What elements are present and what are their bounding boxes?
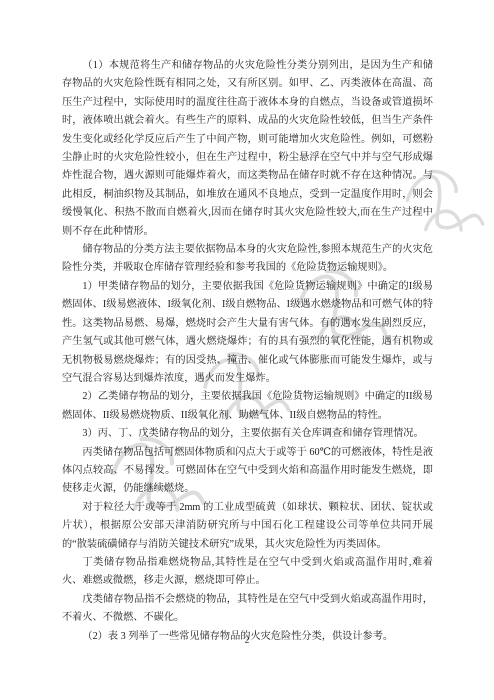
paragraph: 戊类储存物品指不会燃烧的物品，其特性是在空气中受到火焰或高温作用时，不着火、不微…	[62, 591, 433, 628]
document-body: （1）本规范将生产和储存物品的火灾危险性分类分别列出，是因为生产和储存物品的火灾…	[62, 57, 433, 646]
paragraph: 3）丙、丁、戊类储存物品的划分，主要依据有关仓库调查和储存管理情况。	[62, 425, 433, 443]
paragraph: （1）本规范将生产和储存物品的火灾危险性分类分别列出，是因为生产和储存物品的火灾…	[62, 57, 433, 241]
paragraph: 储存物品的分类方法主要依据物品本身的火灾危险性,参照本规范生产的火灾危险性分类，…	[62, 241, 433, 278]
paragraph: 丙类储存物品包括可燃固体物质和闪点大于或等于 60℃的可燃液体，特性是液体闪点较…	[62, 444, 433, 499]
paragraph: 1）甲类储存物品的划分，主要依据我国《危险货物运输规则》中确定的I级易燃固体、I…	[62, 278, 433, 388]
paragraph: 对于粒径大于或等于 2mm 的工业成型硫黄（如球状、颗粒状、团状、锭状或片状），…	[62, 499, 433, 554]
page-number: 2	[0, 636, 494, 646]
paragraph: 2）乙类储存物品的划分，主要依据我国《危险货物运输规则》中确定的II级易燃固体、…	[62, 388, 433, 425]
paragraph: 丁类储存物品指难燃烧物品,其特性是在空气中受到火焰或高温作用时,难着火、难燃或微…	[62, 554, 433, 591]
document-page: （1）本规范将生产和储存物品的火灾危险性分类分别列出，是因为生产和储存物品的火灾…	[0, 0, 494, 700]
